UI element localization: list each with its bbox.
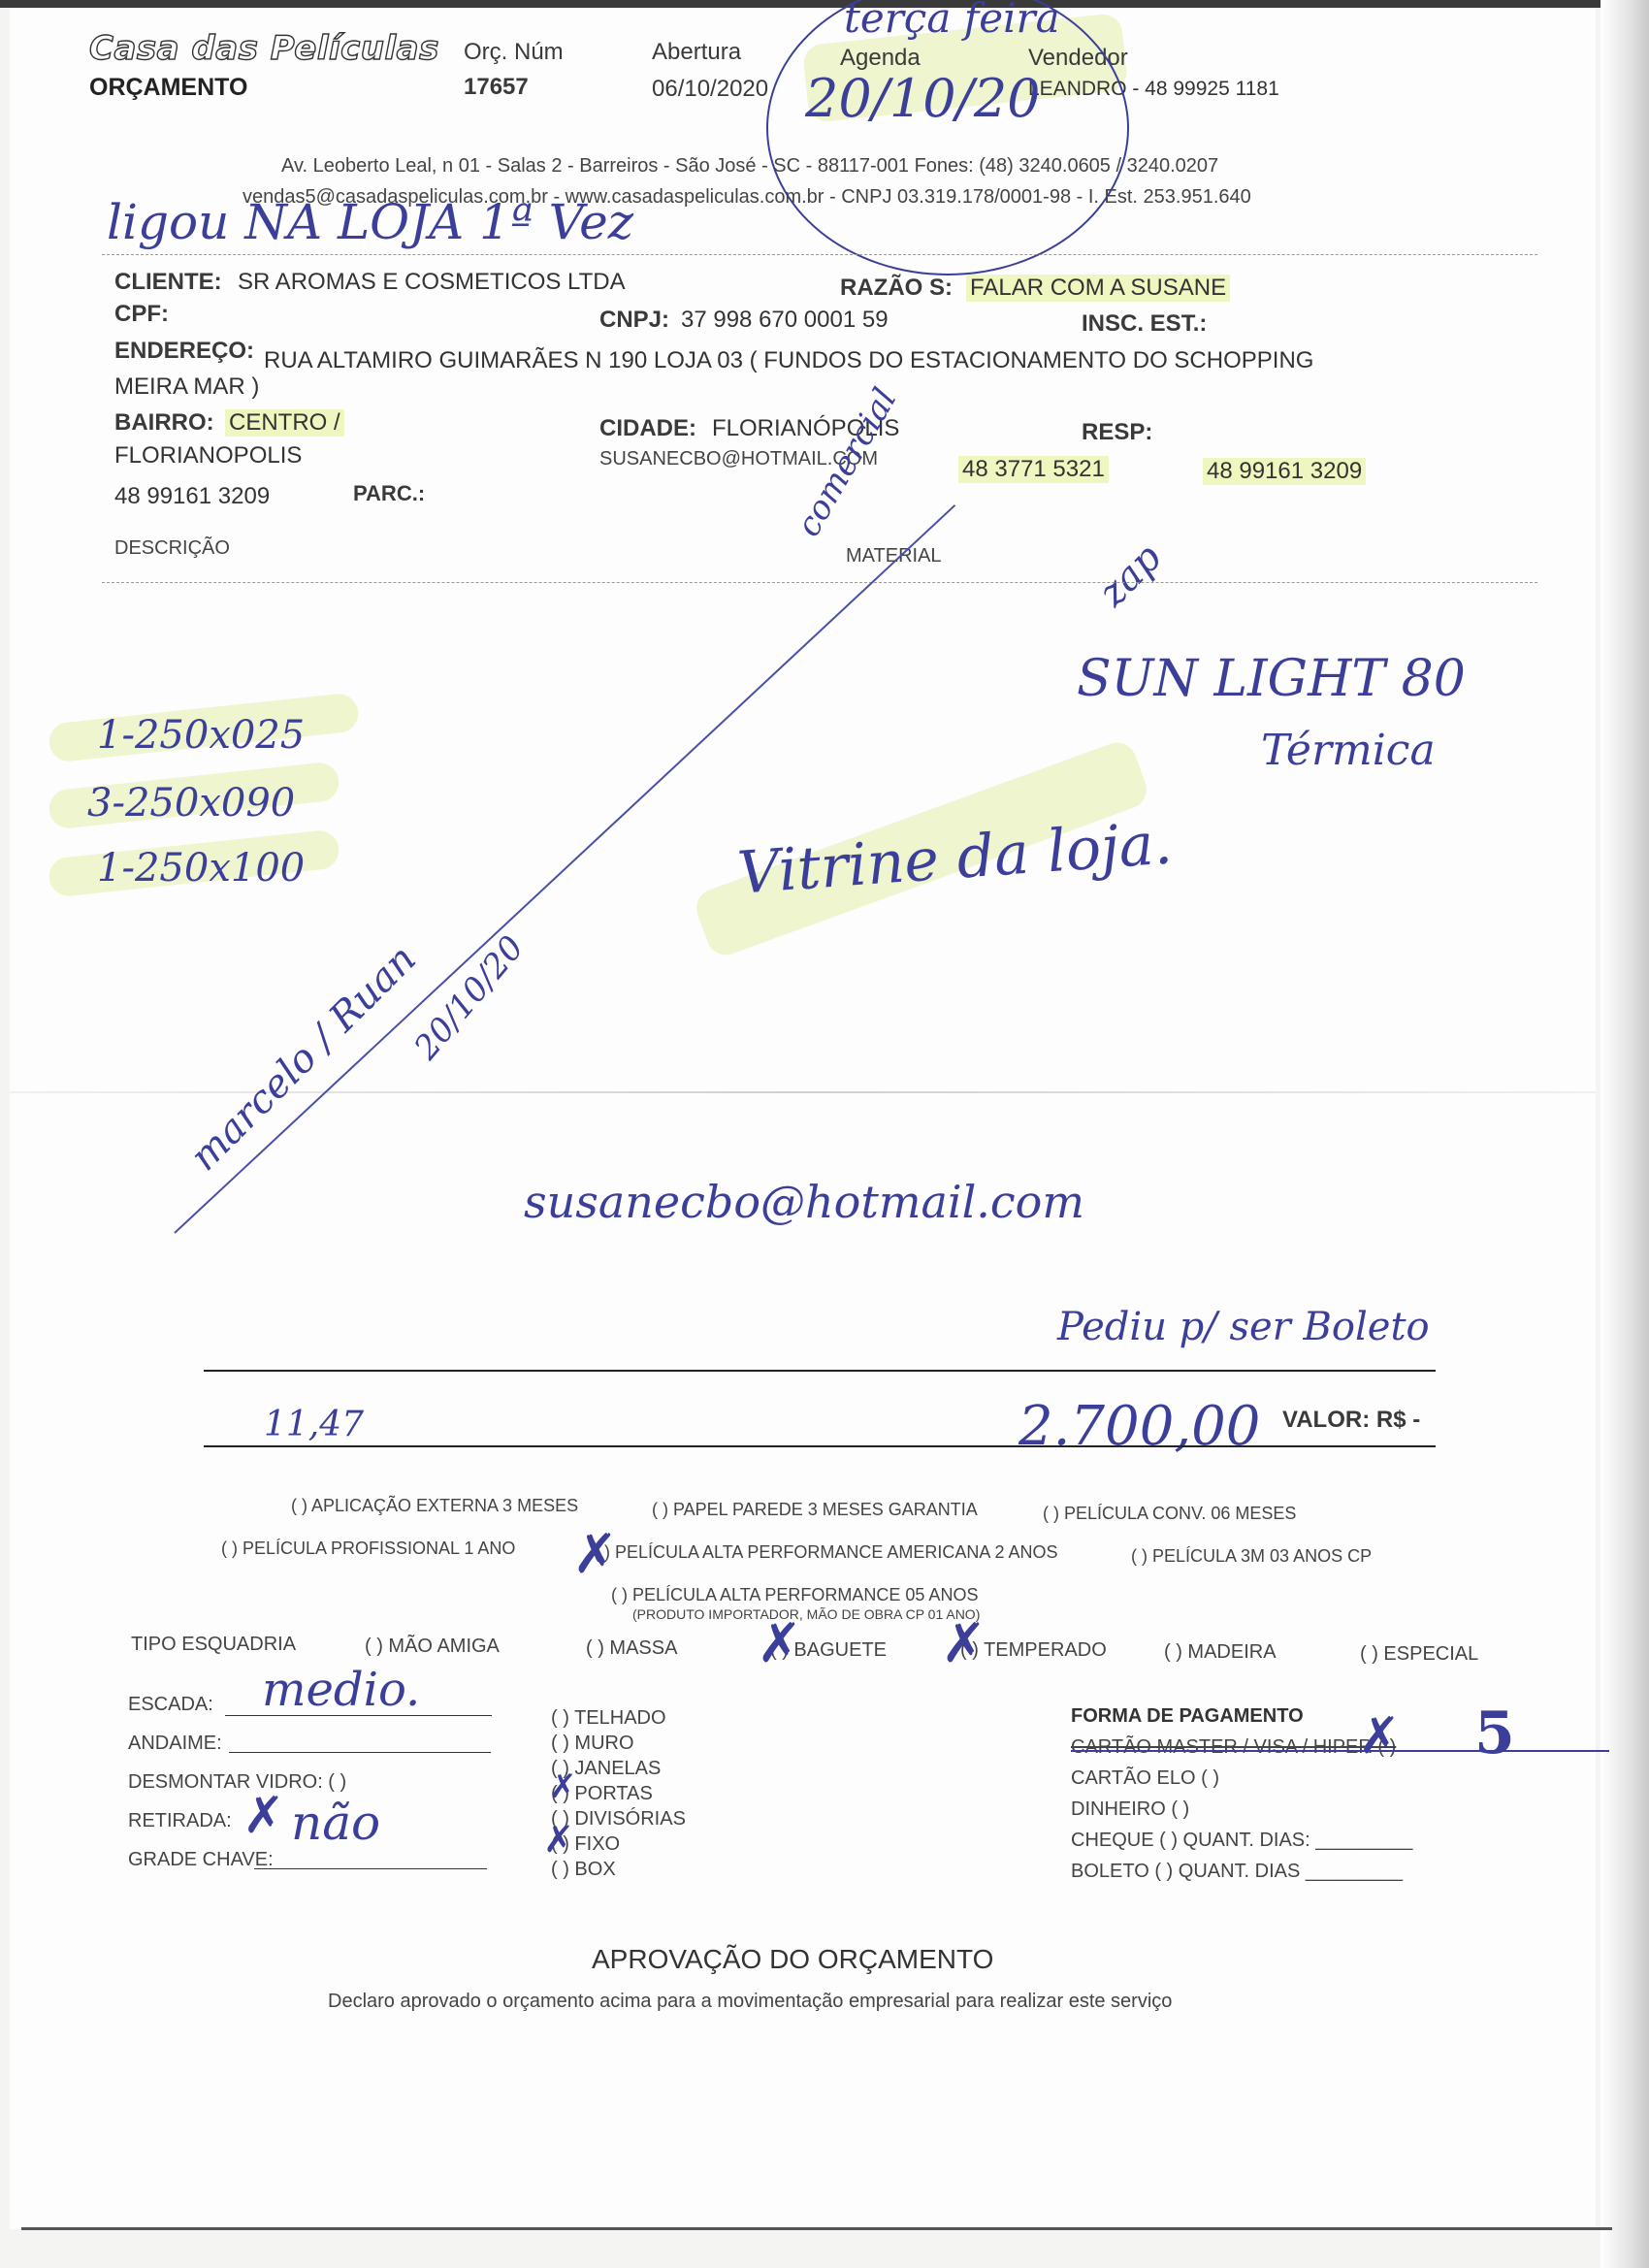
scan-border-top (0, 0, 1649, 8)
guarantee-option[interactable]: ( ) PELÍCULA 3M 03 ANOS CP (1131, 1546, 1372, 1567)
escada-label: ESCADA: (128, 1694, 213, 1716)
esquadria-label: TIPO ESQUADRIA (131, 1634, 296, 1656)
desmontar-label[interactable]: DESMONTAR VIDRO: ( ) (128, 1771, 346, 1794)
divider (102, 582, 1537, 583)
bairro-label: BAIRRO: (114, 409, 214, 437)
material-handwritten-2: Térmica (1261, 726, 1436, 775)
approval-text: Declaro aprovado o orçamento acima para … (328, 1991, 1172, 2013)
local-option[interactable]: ( ) BOX (551, 1859, 616, 1881)
cliente-value: SR AROMAS E COSMETICOS LTDA (238, 269, 626, 296)
esquadria-option[interactable]: ( ) ESPECIAL (1360, 1643, 1478, 1666)
area-handwritten: 11,47 (264, 1405, 364, 1444)
paper-bottom-edge (21, 2227, 1612, 2230)
payment-option[interactable]: BOLETO ( ) QUANT. DIAS _________ (1071, 1861, 1403, 1883)
payment-note-handwritten: Pediu p/ ser Boleto (1057, 1305, 1430, 1349)
guarantee-option[interactable]: ( ) PELÍCULA ALTA PERFORMANCE 05 ANOS (611, 1585, 978, 1605)
valor-label: VALOR: R$ - (1282, 1407, 1420, 1434)
cnpj-label: CNPJ: (599, 307, 669, 334)
checkmark-icon: ✗ (572, 1523, 618, 1586)
esquadria-option[interactable]: ( ) MADEIRA (1164, 1641, 1277, 1664)
guarantee-footnote: (PRODUTO IMPORTADOR, MÃO DE OBRA CP 01 A… (632, 1606, 980, 1622)
valor-handwritten: 2.700,00 (1018, 1395, 1260, 1458)
razao-label: RAZÃO S: (840, 275, 953, 302)
cpf-label: CPF: (114, 301, 169, 328)
orc-num-label: Orç. Núm (464, 39, 564, 66)
phone-3: 48 99161 3209 (114, 483, 270, 510)
checkmark-icon: ✗ (941, 1612, 986, 1675)
checkmark-icon: ✗ (757, 1612, 802, 1675)
guarantee-option[interactable]: ( ) PELÍCULA PROFISSIONAL 1 ANO (221, 1539, 515, 1559)
local-option[interactable]: ( ) TELHADO (551, 1707, 666, 1730)
retirada-value-handwritten: não (291, 1795, 380, 1851)
company-address: Av. Leoberto Leal, n 01 - Salas 2 - Barr… (281, 155, 1218, 178)
grade-chave-field[interactable] (254, 1868, 487, 1869)
payment-option[interactable]: CARTÃO MASTER / VISA / HIPER ( ) (1071, 1736, 1396, 1759)
payment-option[interactable]: DINHEIRO ( ) (1071, 1798, 1189, 1821)
andaime-label: ANDAIME: (128, 1733, 222, 1755)
payment-option[interactable]: CHEQUE ( ) QUANT. DIAS: _________ (1071, 1830, 1412, 1852)
checkmark-icon: ✗ (543, 1818, 574, 1861)
endereco-label: ENDEREÇO: (114, 338, 254, 365)
item-measure: 3-250x090 (87, 781, 295, 826)
local-option[interactable]: ( ) MURO (551, 1733, 634, 1755)
checkmark-icon: ✗ (242, 1787, 285, 1845)
scan-border-right (1600, 0, 1649, 2268)
checkmark-icon: ✗ (549, 1767, 577, 1806)
email-handwritten: susanecbo@hotmail.com (524, 1176, 1084, 1228)
guarantee-option[interactable]: ( ) PELÍCULA CONV. 06 MESES (1043, 1504, 1296, 1524)
guarantee-option[interactable]: ( ) APLICAÇÃO EXTERNA 3 MESES (291, 1496, 578, 1516)
resp-label: RESP: (1082, 419, 1152, 446)
bairro-line1: CENTRO / (225, 409, 344, 437)
andaime-field[interactable] (229, 1752, 491, 1753)
razao-value: FALAR COM A SUSANE (966, 275, 1230, 302)
bairro-line2: FLORIANOPOLIS (114, 442, 302, 470)
esquadria-option[interactable]: ( ) MASSA (586, 1637, 677, 1660)
material-label: MATERIAL (846, 545, 942, 567)
payment-option[interactable]: CARTÃO ELO ( ) (1071, 1767, 1219, 1790)
orc-num: 17657 (464, 74, 529, 101)
cidade-label: CIDADE: (599, 415, 696, 442)
cliente-label: CLIENTE: (114, 269, 222, 296)
totals-line-top (204, 1370, 1436, 1372)
phone-2: 48 99161 3209 (1203, 458, 1366, 485)
grade-chave-label: GRADE CHAVE: (128, 1849, 274, 1871)
checkmark-icon: ✗ (1358, 1707, 1401, 1766)
phone-1: 48 3771 5321 (958, 456, 1109, 483)
item-measure: 1-250x100 (97, 846, 305, 891)
payment-title: FORMA DE PAGAMENTO (1071, 1705, 1304, 1728)
installments-handwritten: 5 (1474, 1700, 1515, 1767)
parc-label: PARC.: (353, 481, 425, 506)
abertura-date: 06/10/2020 (652, 76, 768, 103)
approval-title: APROVAÇÃO DO ORÇAMENTO (592, 1944, 993, 1975)
descricao-label: DESCRIÇÃO (114, 537, 230, 560)
guarantee-option[interactable]: ( ) PAPEL PAREDE 3 MESES GARANTIA (652, 1500, 978, 1520)
handwritten-top-note: ligou NA LOJA 1ª Vez (107, 194, 633, 250)
abertura-label: Abertura (652, 39, 741, 66)
insc-est-label: INSC. EST.: (1082, 310, 1207, 338)
agenda-note-handwritten: terça feira (844, 0, 1060, 42)
document-type: ORÇAMENTO (89, 74, 247, 102)
endereco-line2: MEIRA MAR ) (114, 373, 259, 401)
company-logo: Casa das Películas (89, 29, 439, 68)
endereco-line1: RUA ALTAMIRO GUIMARÃES N 190 LOJA 03 ( F… (264, 347, 1313, 374)
cnpj-value: 37 998 670 0001 59 (681, 307, 889, 334)
esquadria-option[interactable]: ( ) MÃO AMIGA (365, 1636, 500, 1658)
escada-value-handwritten: medio. (262, 1663, 420, 1717)
material-handwritten-1: SUN LIGHT 80 (1077, 650, 1466, 708)
totals-line-bottom (204, 1445, 1436, 1447)
item-measure: 1-250x025 (97, 713, 305, 758)
agenda-date-handwritten: 20/10/20 (805, 68, 1041, 129)
guarantee-option[interactable]: ( ) PELÍCULA ALTA PERFORMANCE AMERICANA … (594, 1542, 1057, 1563)
retirada-label: RETIRADA: (128, 1810, 232, 1832)
divider (102, 254, 1537, 255)
strike-line (1071, 1750, 1609, 1752)
